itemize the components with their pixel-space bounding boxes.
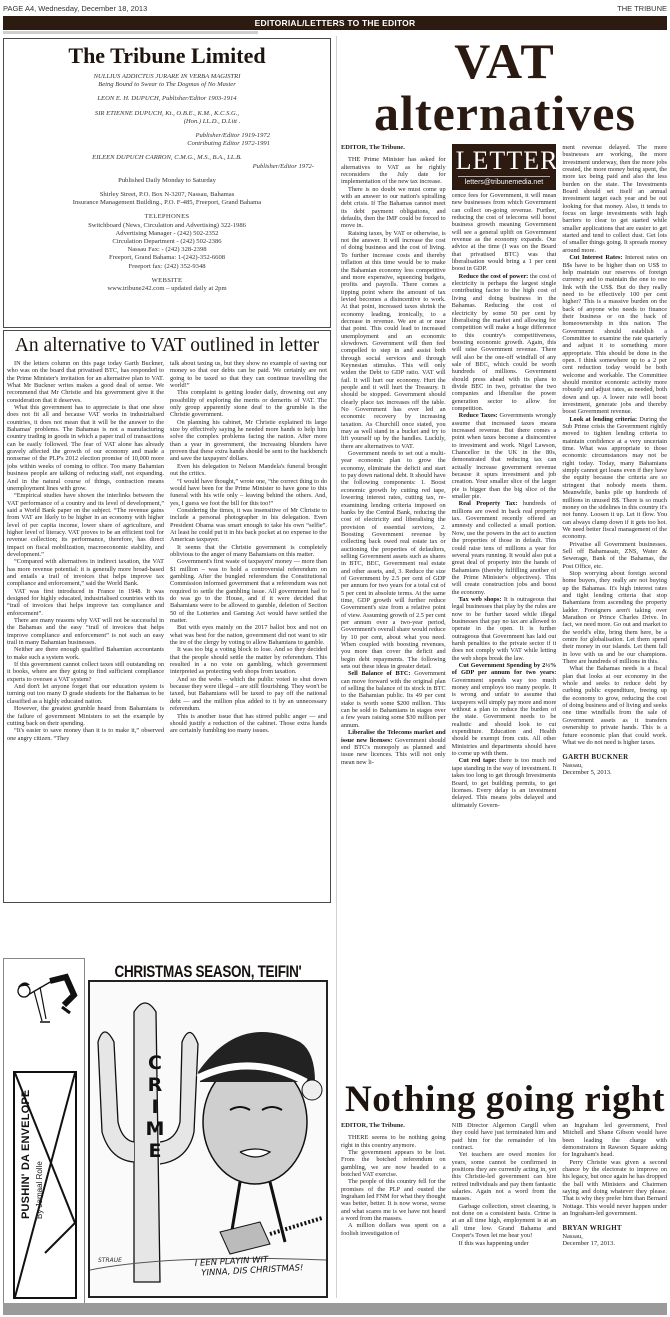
letter-signoff: BRYAN WRIGHT Nassau, December 17, 2013.	[562, 1225, 667, 1247]
paragraph: “I would have thought,” wrote one, “the …	[170, 478, 327, 507]
salutation: EDITOR, The Tribune.	[341, 144, 446, 151]
paragraph: ment revenue delayed. The more businesse…	[562, 144, 667, 254]
etienne-role-2: Contributing Editor 1972-1991	[4, 140, 330, 148]
editorial-cartoon: CRIME STRAUE I EEN PLAYIN WIT YINNA, DIS…	[88, 980, 328, 1298]
paragraph: What this government has to appreciate i…	[7, 404, 164, 492]
subhead-body: hundreds of millions are owed in back re…	[452, 500, 557, 595]
paragraph: NIB Director Algernon Cargill when they …	[452, 1122, 557, 1151]
subhead: Look at lending criteria:	[569, 416, 637, 423]
subhead: Tax web shops:	[459, 596, 502, 603]
subhead-body: Government can move forward with the ori…	[341, 670, 446, 728]
published-schedule: Published Daily Monday to Saturday	[4, 177, 330, 185]
phone-line: Advertising Manager - (242) 502-2352	[4, 230, 330, 238]
motto-english: Being Bound to Swear to The Dogmas of No…	[4, 81, 330, 89]
paragraph: The government appears to be lost. From …	[341, 1149, 446, 1178]
vat-letter-column-1: EDITOR, The Tribune. THE Prime Minister …	[341, 144, 446, 1048]
paragraph: On planning his cabinet, Mr Christie exp…	[170, 419, 327, 463]
phone-line: Freeport fax: (242) 352-9348	[4, 263, 330, 271]
paragraph: Sell Balance of BTC: Government can move…	[341, 670, 446, 729]
paragraph: There are many reasons why VAT will not …	[7, 617, 164, 646]
editorial-column-1: IN the letters column on this page today…	[7, 360, 164, 900]
paragraph: If this government cannot collect taxes …	[7, 661, 164, 683]
pushin-title: PUSHIN' DA ENVELOPE	[20, 1090, 32, 1219]
paragraph: Yet teachers are owed monies for years, …	[452, 1151, 557, 1202]
paragraph: Raising taxes, by VAT or otherwise, is n…	[341, 230, 446, 450]
website-heading: WEBSITE	[4, 277, 330, 285]
phone-line: Circulation Department - (242) 502-2386	[4, 238, 330, 246]
paragraph: If this was happening under	[452, 1240, 557, 1247]
paragraph: Privatise all Government businesses. Sel…	[562, 541, 667, 570]
author-location: Nassau,	[562, 1233, 667, 1240]
paragraph: Considering the times, it was insensitiv…	[170, 507, 327, 544]
founder-line: LEON E. H. DUPUCH, Publisher/Editor 1903…	[4, 95, 330, 103]
letter-signoff: GARTH BUCKNER Nassau, December 5, 2013.	[562, 754, 667, 776]
editorial-column-2: talk about taxing us, but they show no e…	[170, 360, 327, 900]
footer-bar	[3, 1303, 667, 1315]
paragraph: VAT was first introduced in France in 19…	[7, 588, 164, 617]
paragraph: However, the greatest grumble heard from…	[7, 705, 164, 727]
paragraph: It seems that the Christie government is…	[170, 544, 327, 559]
motto-latin: NULLIUS ADDICTUS JURARE IN VERBA MAGISTR…	[4, 73, 330, 81]
headline-line-2: alternatives	[343, 88, 667, 138]
page-folio: PAGE A4, Wednesday, December 18, 2013 TH…	[3, 4, 667, 14]
paragraph: cence fees for Government, it will mean …	[452, 192, 557, 273]
salutation: EDITOR, The Tribune.	[341, 1122, 446, 1129]
subhead: Real Property Tax:	[459, 500, 518, 507]
vat-letter-body: EDITOR, The Tribune. THE Prime Minister …	[341, 144, 667, 1048]
letter-date: December 5, 2013.	[562, 769, 667, 776]
editorial-headline: An alternative to VAT outlined in letter	[4, 331, 330, 360]
letters-badge: LETTERS letters@tribunemedia.net	[452, 144, 557, 190]
folio-date: PAGE A4, Wednesday, December 18, 2013	[3, 4, 147, 14]
address-freeport: Insurance Management Building., P.O. F-4…	[4, 199, 330, 207]
subhead-body: During the Sub Prime crisis the Governme…	[562, 416, 667, 541]
paragraph: And so the webs – which the public voted…	[170, 676, 327, 713]
paragraph: Neither are there enough qualified Baham…	[7, 646, 164, 661]
letters-logo: LETTERS	[456, 148, 553, 174]
cartoonist-signature: STRAUE	[98, 1257, 122, 1264]
paragraph: “It's easier to save money than it is to…	[7, 727, 164, 742]
paragraph: Cut Government Spending by 2½% of GDP pe…	[452, 662, 557, 757]
paragraph: Real Property Tax: hundreds of millions …	[452, 500, 557, 595]
subhead: Cut red tape:	[459, 757, 497, 764]
pushin-byline: By Jamaal Rolle	[35, 1090, 44, 1219]
paragraph: A million dollars was spent on a foolish…	[341, 1222, 446, 1237]
eileen-role: Publisher/Editor 1972-	[4, 163, 330, 171]
letters-email-link[interactable]: letters@tribunemedia.net	[456, 179, 553, 186]
subhead: Cut Interest Rates:	[569, 254, 622, 261]
phone-line: Nassau Fax: - (242) 328-2398	[4, 246, 330, 254]
subhead-body: Government spends way too much money and…	[452, 677, 557, 757]
paragraph: The people of this country fell for the …	[341, 1178, 446, 1222]
paragraph: an Ingraham led government, Fred Mitchel…	[562, 1122, 667, 1159]
author-name: BRYAN WRIGHT	[562, 1225, 667, 1232]
subhead: Reduce Taxes:	[459, 412, 498, 419]
author-location: Nassau,	[562, 762, 667, 769]
paragraph: Garbage collection, street cleaning, is …	[452, 1203, 557, 1240]
subhead-body: It is outrageous that legal businesses t…	[452, 596, 557, 662]
paragraph: Tax web shops: It is outrageous that leg…	[452, 596, 557, 662]
folio-paper-name: THE TRIBUNE	[617, 4, 667, 14]
paragraph: Liberalise the Telecoms market and issue…	[341, 729, 446, 766]
figure-pushing-icon	[10, 967, 80, 1071]
paragraph: Reduce the cost of power: the cost of el…	[452, 273, 557, 413]
etienne-line-1: SIR ETIENNE DUPUCH, Kt., O.B.E., K.M., K…	[4, 110, 330, 118]
masthead-box: The Tribune Limited NULLIUS ADDICTUS JUR…	[3, 38, 331, 328]
vat-alternatives-headline: VAT alternatives	[343, 36, 667, 138]
etienne-role-1: Publisher/Editor 1919-1972	[4, 132, 330, 140]
etienne-line-2: (Hon.) LL.D., D.Litt .	[4, 118, 330, 126]
nothing-letter-column-1: EDITOR, The Tribune. THERE seems to be n…	[341, 1122, 446, 1300]
subhead-body: there is too much red tape standing in t…	[452, 757, 557, 808]
paragraph: Government needs to set out a multi-year…	[341, 450, 446, 670]
telephones-heading: TELEPHONES	[4, 213, 330, 221]
vat-letter-column-2: LETTERS letters@tribunemedia.net cence f…	[452, 144, 557, 1048]
headline-line-1: VAT	[343, 36, 667, 86]
paragraph: It was too big a voting block to lose. A…	[170, 646, 327, 675]
paragraph: Cut Interest Rates: Interest rates on B$…	[562, 254, 667, 416]
subhead: Sell Balance of BTC:	[348, 670, 411, 677]
nothing-letter-body: EDITOR, The Tribune. THERE seems to be n…	[341, 1122, 667, 1300]
paragraph: THERE seems to be nothing going right in…	[341, 1134, 446, 1149]
paragraph: And don't let anyone forget that our edu…	[7, 683, 164, 705]
author-name: GARTH BUCKNER	[562, 754, 667, 761]
paragraph: Perry Christie was given a second chance…	[562, 1159, 667, 1218]
crime-text: CRIME	[144, 1052, 166, 1162]
eileen-line: EILEEN DUPUCH CARRON, C.M.G., M.S., B.A.…	[4, 154, 330, 162]
paragraph: IN the letters column on this page today…	[7, 360, 164, 404]
editorial-body: IN the letters column on this page today…	[7, 360, 327, 900]
nothing-letter-column-3: an Ingraham led government, Fred Mitchel…	[562, 1122, 667, 1300]
subhead-body: the cost of electricity is perhaps the l…	[452, 273, 557, 412]
vat-letter-column-3: ment revenue delayed. The more businesse…	[562, 144, 667, 1048]
address-nassau: Shirley Street, P.O. Box N-3207, Nassau,…	[4, 191, 330, 199]
section-title-bar: EDITORIAL/LETTERS TO THE EDITOR	[3, 16, 667, 30]
divider	[3, 31, 258, 34]
paragraph: THE Prime Minister has asked for alterna…	[341, 156, 446, 185]
subhead-body: Governments wrongly assume that increase…	[452, 412, 557, 500]
divider	[458, 176, 551, 177]
paragraph: There is no doubt we must come up with a…	[341, 186, 446, 230]
paragraph: This is another issue that has stirred p…	[170, 713, 327, 735]
paragraph: talk about taxing us, but they show no e…	[170, 360, 327, 389]
paragraph: But with eyes mainly on the 2017 ballot …	[170, 624, 327, 646]
paragraph: Reduce Taxes: Governments wrongly assume…	[452, 412, 557, 500]
nothing-letter-column-2: NIB Director Algernon Cargill when they …	[452, 1122, 557, 1300]
phone-line: Freeport, Grand Bahama: 1-(242)-352-6608	[4, 254, 330, 262]
paragraph: Stop worrying about foreign second home …	[562, 570, 667, 665]
subhead: Cut Government Spending by 2½% of GDP pe…	[452, 662, 557, 676]
cactus-crime-label: CRIME	[144, 1052, 164, 1167]
nothing-going-right-headline: Nothing going right	[343, 1078, 667, 1121]
paragraph: Even his delegation to Nelson Mandela's …	[170, 463, 327, 478]
paragraph: Look at lending criteria: During the Sub…	[562, 416, 667, 541]
paragraph: “Empirical studies have shown the interl…	[7, 492, 164, 558]
cartoon-illustration-icon	[90, 982, 326, 1296]
paragraph: Cut red tape: there is too much red tape…	[452, 757, 557, 808]
pushin-da-envelope-panel: PUSHIN' DA ENVELOPE By Jamaal Rolle	[3, 958, 85, 1306]
letter-date: December 17, 2013.	[562, 1240, 667, 1247]
masthead-title: The Tribune Limited	[4, 43, 330, 69]
subhead-body: Interest rates on B$s have to be higher …	[562, 254, 667, 415]
website-link[interactable]: www.tribune242.com – updated daily at 2p…	[4, 285, 330, 293]
phone-line: Switchboard (News, Circulation and Adver…	[4, 222, 330, 230]
paragraph: This complaint is getting louder daily, …	[170, 389, 327, 418]
subhead: Reduce the cost of power:	[459, 273, 529, 280]
paragraph: What the Bahamas needs is a fiscal plan …	[562, 665, 667, 746]
column-divider	[336, 36, 337, 1298]
paragraph: “Compared with alternatives in indirect …	[7, 558, 164, 587]
pushin-label: PUSHIN' DA ENVELOPE By Jamaal Rolle	[16, 1090, 44, 1219]
paragraph: Government's first waste of taxpayers' m…	[170, 558, 327, 624]
